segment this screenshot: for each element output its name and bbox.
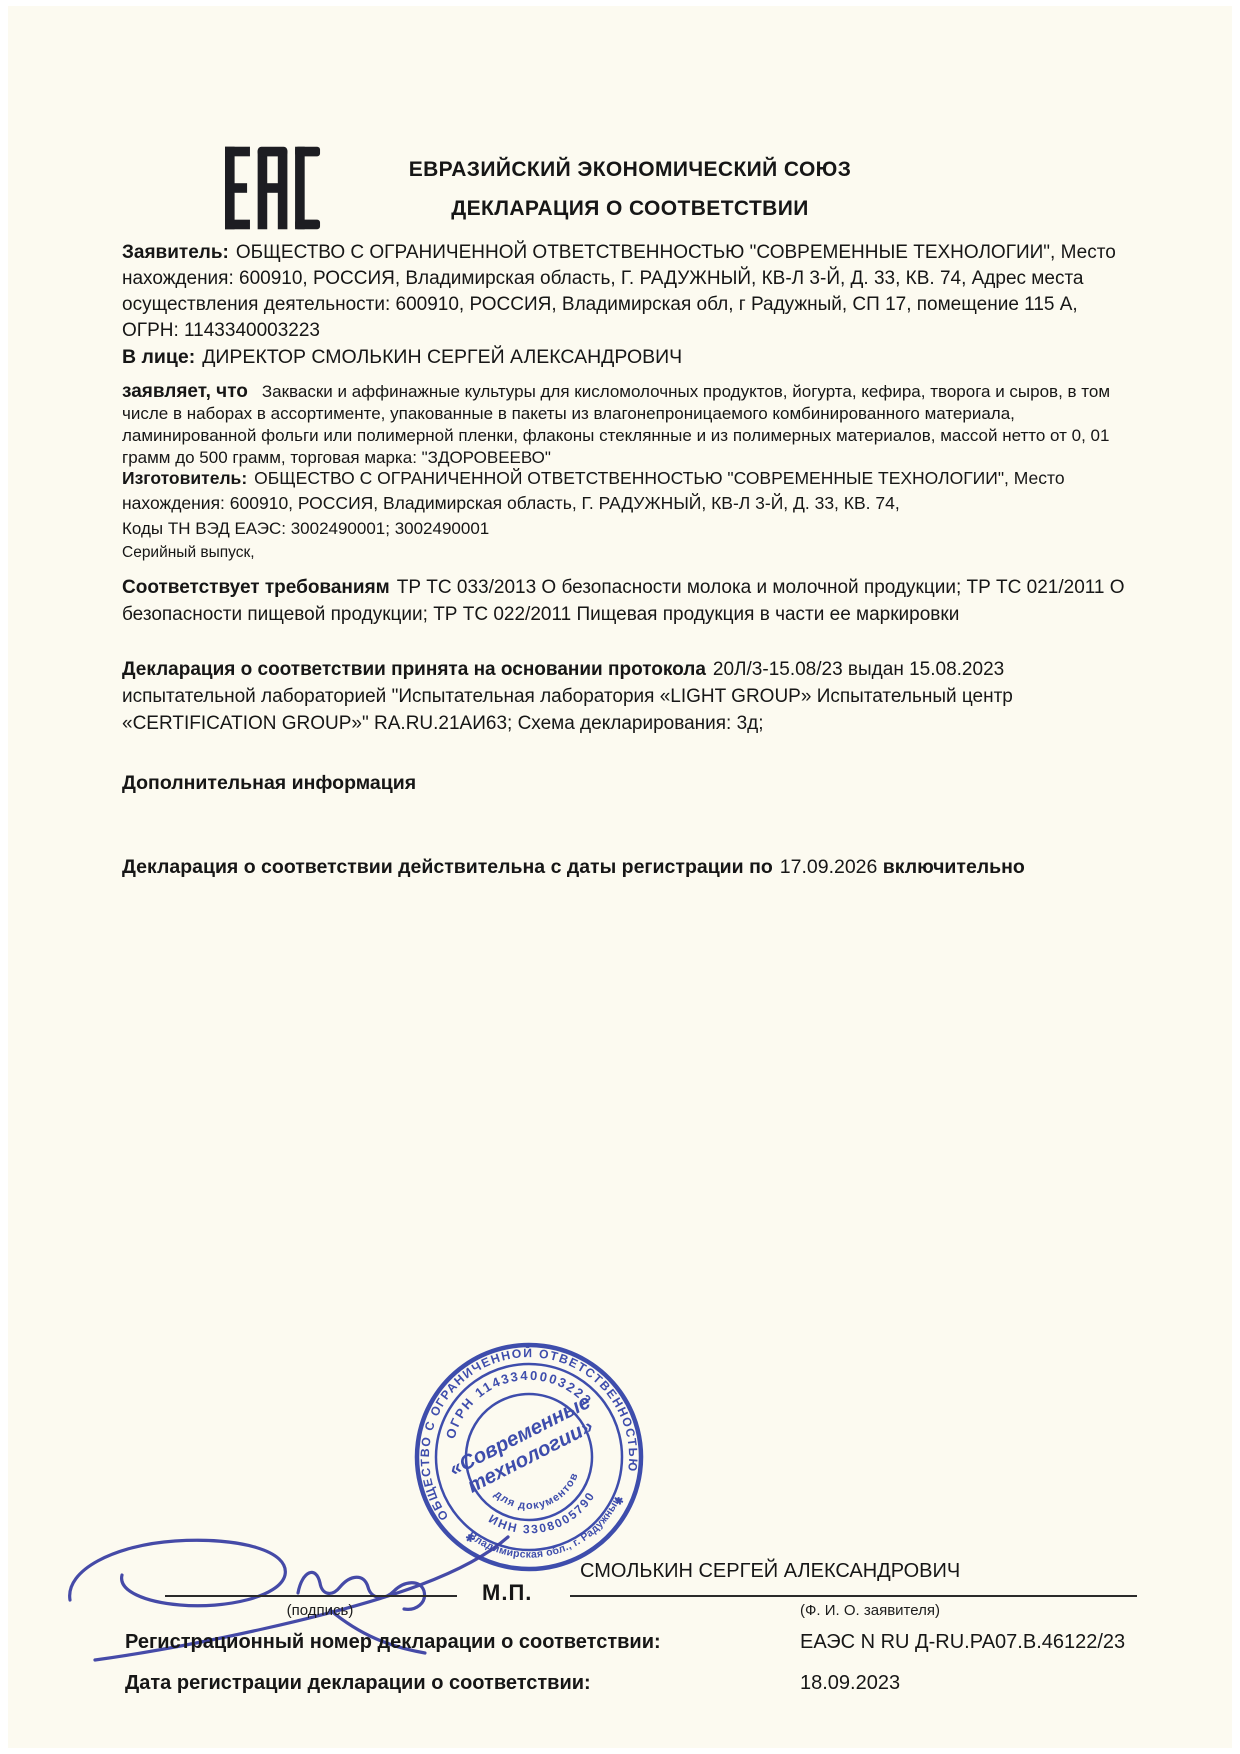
conforms-label: Соответствует требованиям bbox=[122, 577, 390, 598]
document-title: ДЕКЛАРАЦИЯ О СООТВЕТСТВИИ bbox=[40, 197, 1220, 221]
applicant-fio-value: СМОЛЬКИН СЕРГЕЙ АЛЕКСАНДРОВИЧ bbox=[580, 1560, 960, 1583]
registration-number-value: ЕАЭС N RU Д-RU.РА07.В.46122/23 bbox=[800, 1631, 1125, 1654]
signature-caption: (подпись) bbox=[250, 1602, 390, 1619]
manufacturer-text: ОБЩЕСТВО С ОГРАНИЧЕННОЙ ОТВЕТСТВЕННОСТЬЮ… bbox=[122, 468, 1065, 513]
validity-label: Декларация о соответствии действительна … bbox=[122, 856, 773, 878]
declares-paragraph: заявляет, чтоЗакваски и аффинажные культ… bbox=[122, 381, 1138, 469]
declares-label: заявляет, что bbox=[122, 381, 248, 402]
validity-paragraph: Декларация о соответствии действительна … bbox=[122, 853, 1138, 881]
validity-suffix: включительно bbox=[883, 856, 1025, 878]
registration-number-label: Регистрационный номер декларации о соотв… bbox=[125, 1631, 661, 1654]
tn-ved-line: Коды ТН ВЭД ЕАЭС: 3002490001; 3002490001 bbox=[122, 517, 1138, 541]
registration-date-label: Дата регистрации декларации о соответств… bbox=[125, 1672, 591, 1695]
declares-text: Закваски и аффинажные культуры для кисло… bbox=[122, 382, 1110, 467]
in-person-text: ДИРЕКТОР СМОЛЬКИН СЕРГЕЙ АЛЕКСАНДРОВИЧ bbox=[202, 346, 682, 368]
fio-caption: (Ф. И. О. заявителя) bbox=[760, 1602, 980, 1619]
fio-line bbox=[570, 1595, 1137, 1597]
declaration-document: ЕВРАЗИЙСКИЙ ЭКОНОМИЧЕСКИЙ СОЮЗ ДЕКЛАРАЦИ… bbox=[0, 0, 1240, 1754]
registration-date-value: 18.09.2023 bbox=[800, 1672, 900, 1695]
applicant-paragraph: Заявитель:ОБЩЕСТВО С ОГРАНИЧЕННОЙ ОТВЕТС… bbox=[122, 240, 1138, 344]
manufacturer-paragraph: Изготовитель:ОБЩЕСТВО С ОГРАНИЧЕННОЙ ОТВ… bbox=[122, 466, 1138, 516]
additional-info-heading: Дополнительная информация bbox=[122, 772, 1138, 795]
stamp-star-right-icon: ✱ bbox=[614, 1495, 625, 1508]
basis-paragraph: Декларация о соответствии принята на осн… bbox=[122, 656, 1138, 737]
in-person-label: В лице: bbox=[122, 346, 195, 368]
signature-line bbox=[165, 1595, 457, 1597]
conforms-paragraph: Соответствует требованиямТР ТС 033/2013 … bbox=[122, 574, 1138, 628]
applicant-text: ОБЩЕСТВО С ОГРАНИЧЕННОЙ ОТВЕТСТВЕННОСТЬЮ… bbox=[122, 242, 1116, 341]
serial-release-line: Серийный выпуск, bbox=[122, 542, 1138, 564]
manufacturer-label: Изготовитель: bbox=[122, 468, 247, 488]
in-person-line: В лице:ДИРЕКТОР СМОЛЬКИН СЕРГЕЙ АЛЕКСАНД… bbox=[122, 344, 1138, 370]
validity-date: 17.09.2026 bbox=[780, 856, 878, 878]
basis-label: Декларация о соответствии принята на осн… bbox=[122, 659, 706, 680]
union-title: ЕВРАЗИЙСКИЙ ЭКОНОМИЧЕСКИЙ СОЮЗ bbox=[40, 158, 1220, 182]
applicant-label: Заявитель: bbox=[122, 242, 229, 263]
stamp-place-mark: М.П. bbox=[482, 1580, 532, 1606]
